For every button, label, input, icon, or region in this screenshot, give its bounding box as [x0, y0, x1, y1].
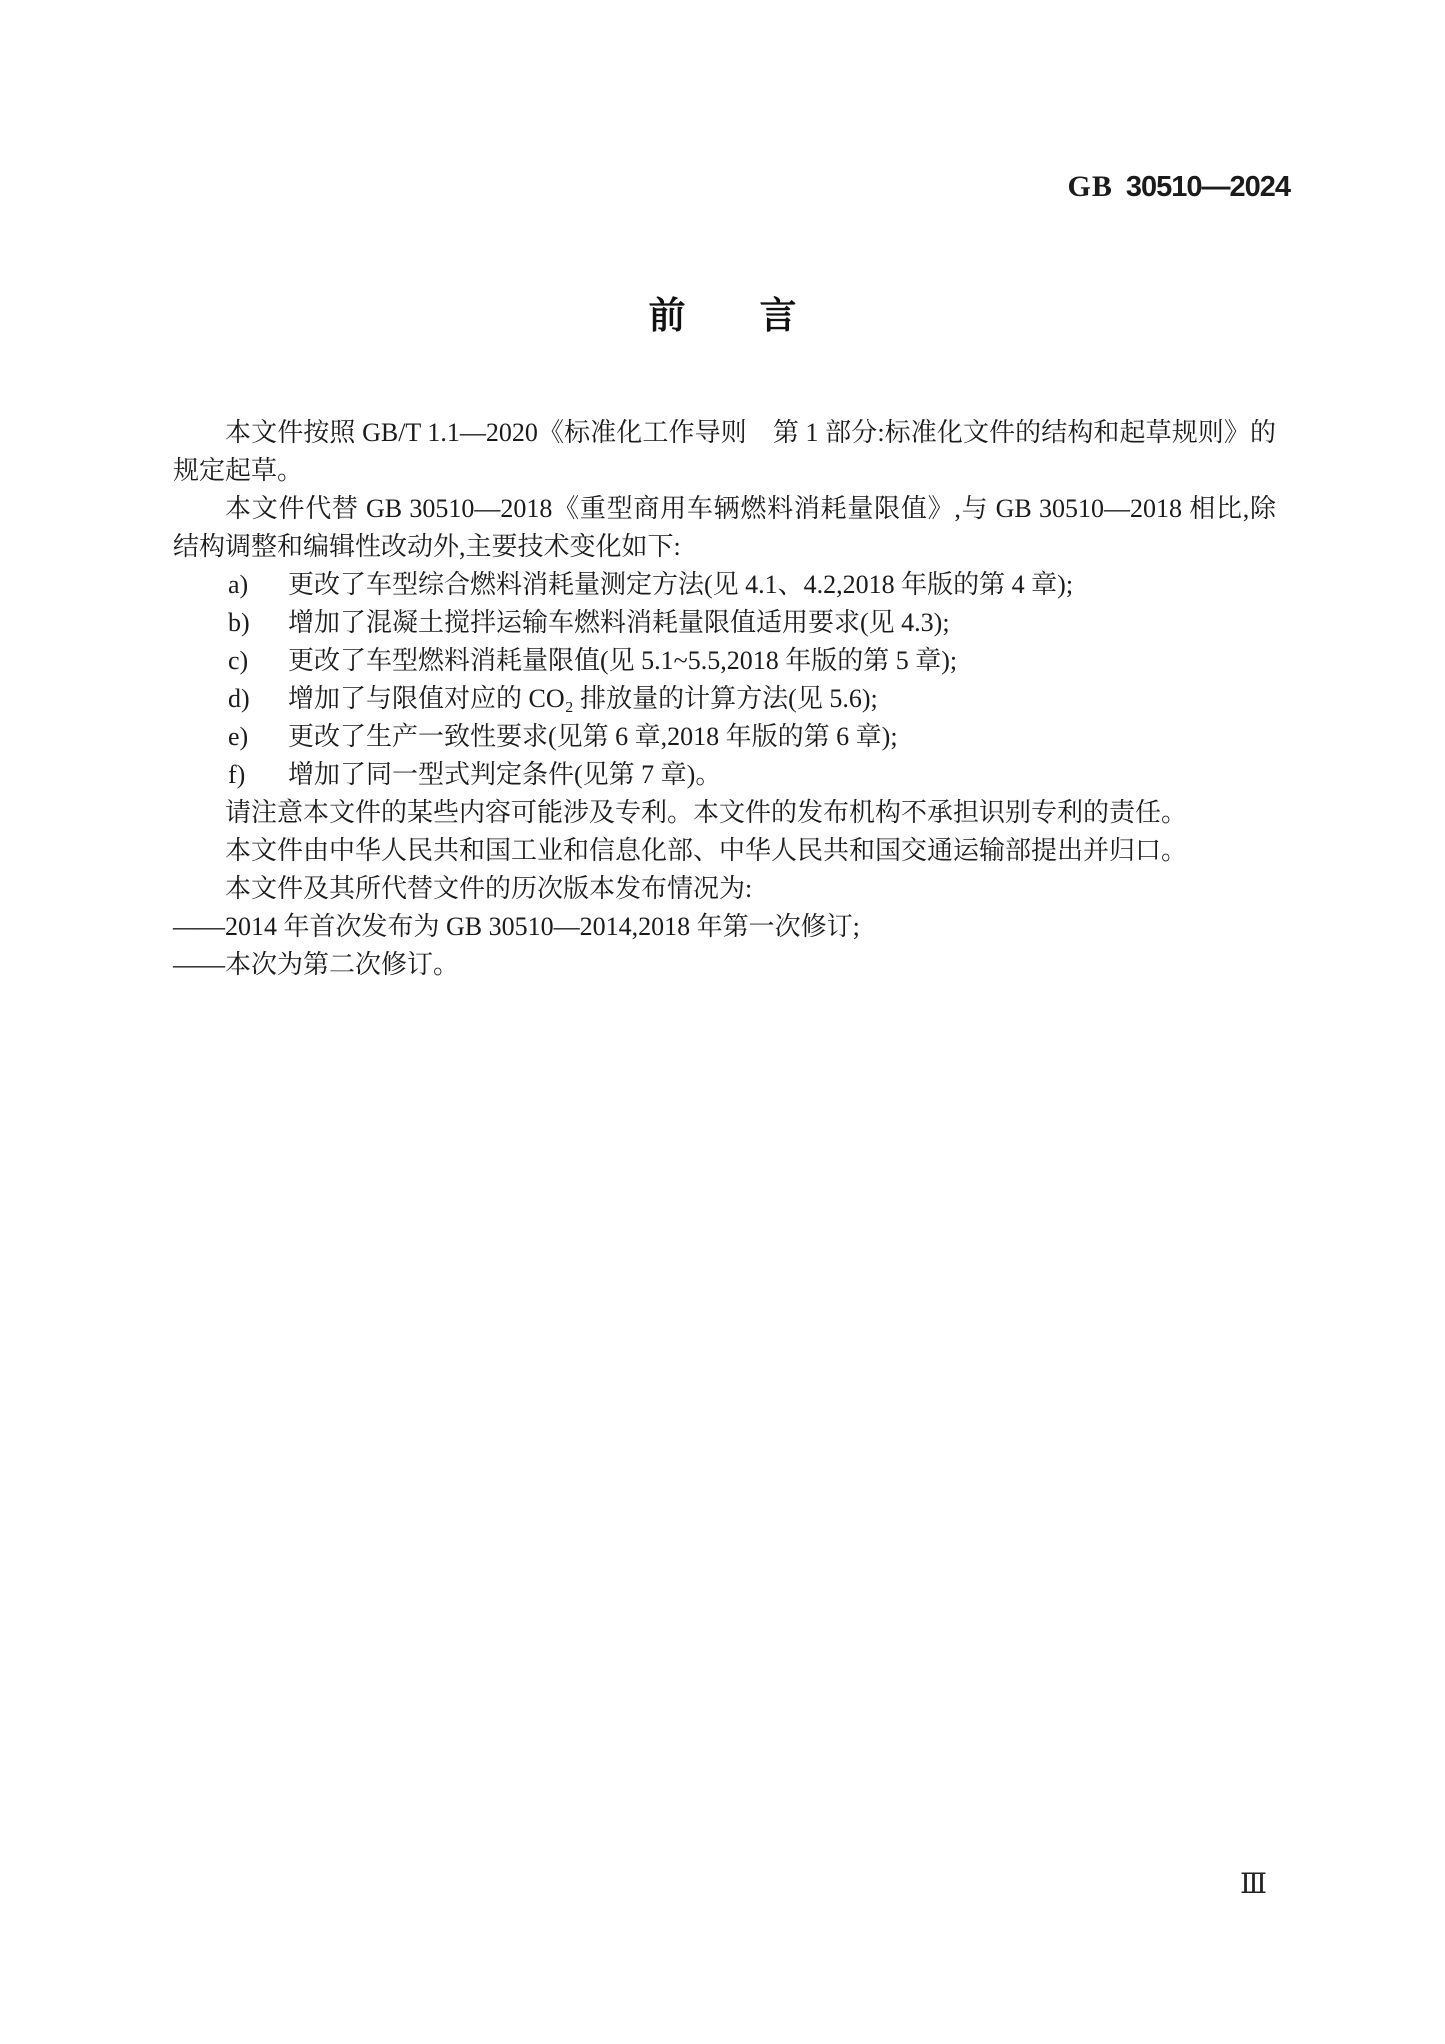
list-item-label: f): [228, 756, 288, 794]
list-item-label: b): [228, 604, 288, 642]
list-item-text: 增加了混凝土搅拌运输车燃料消耗量限值适用要求(见 4.3);: [288, 608, 950, 637]
list-item-label: d): [228, 680, 288, 718]
standard-code: GB 30510—2024: [1067, 170, 1290, 204]
list-item-label: c): [228, 642, 288, 680]
page-number: Ⅲ: [1240, 1868, 1267, 1902]
list-item-b: b)增加了混凝土搅拌运输车燃料消耗量限值适用要求(见 4.3);: [173, 604, 1276, 642]
list-item-f: f)增加了同一型式判定条件(见第 7 章)。: [173, 756, 1276, 794]
technical-changes-list: a)更改了车型综合燃料消耗量测定方法(见 4.1、4.2,2018 年版的第 4…: [173, 566, 1276, 794]
paragraph-replacement: 本文件代替 GB 30510—2018《重型商用车辆燃料消耗量限值》,与 GB …: [173, 490, 1276, 566]
list-item-text: 更改了车型燃料消耗量限值(见 5.1~5.5,2018 年版的第 5 章);: [288, 646, 957, 675]
paragraph-drafting-basis: 本文件按照 GB/T 1.1—2020《标准化工作导则 第 1 部分:标准化文件…: [173, 414, 1276, 490]
foreword-title: 前 言: [0, 294, 1445, 338]
paragraph-patent-notice: 请注意本文件的某些内容可能涉及专利。本文件的发布机构不承担识别专利的责任。: [173, 794, 1276, 832]
list-item-d: d)增加了与限值对应的 CO₂ 排放量的计算方法(见 5.6);: [173, 680, 1276, 718]
list-item-text: 更改了生产一致性要求(见第 6 章,2018 年版的第 6 章);: [288, 722, 898, 751]
list-item-text: 增加了与限值对应的 CO₂ 排放量的计算方法(见 5.6);: [288, 684, 878, 713]
paragraph-history-intro: 本文件及其所代替文件的历次版本发布情况为:: [173, 870, 1276, 908]
list-item-label: a): [228, 566, 288, 604]
list-item-a: a)更改了车型综合燃料消耗量测定方法(见 4.1、4.2,2018 年版的第 4…: [173, 566, 1276, 604]
document-body: 本文件按照 GB/T 1.1—2020《标准化工作导则 第 1 部分:标准化文件…: [173, 414, 1276, 984]
history-entry-first-publication: ——2014 年首次发布为 GB 30510—2014,2018 年第一次修订;: [173, 908, 1276, 946]
document-page: GB 30510—2024 前 言 本文件按照 GB/T 1.1—2020《标准…: [0, 0, 1445, 2044]
history-entry-current-revision: ——本次为第二次修订。: [173, 946, 1276, 984]
list-item-e: e)更改了生产一致性要求(见第 6 章,2018 年版的第 6 章);: [173, 718, 1276, 756]
standard-code-number: 30510—2024: [1126, 171, 1290, 203]
list-item-label: e): [228, 718, 288, 756]
list-item-c: c)更改了车型燃料消耗量限值(见 5.1~5.5,2018 年版的第 5 章);: [173, 642, 1276, 680]
list-item-text: 增加了同一型式判定条件(见第 7 章)。: [288, 760, 721, 789]
list-item-text: 更改了车型综合燃料消耗量测定方法(见 4.1、4.2,2018 年版的第 4 章…: [288, 570, 1073, 599]
standard-code-prefix: GB: [1067, 170, 1112, 203]
paragraph-issuing-org: 本文件由中华人民共和国工业和信息化部、中华人民共和国交通运输部提出并归口。: [173, 832, 1276, 870]
